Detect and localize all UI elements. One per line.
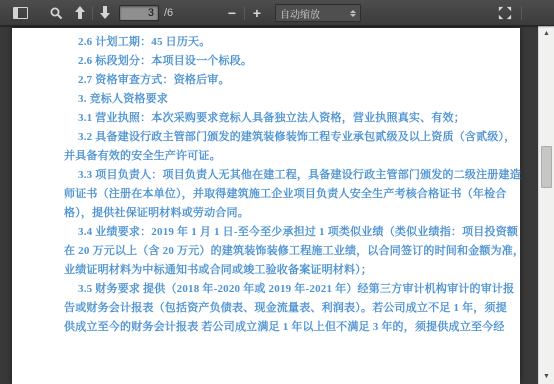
page-count-label: /6 xyxy=(164,7,173,19)
arrow-down-icon xyxy=(99,6,111,19)
zoom-scale-select[interactable]: 自动缩放 xyxy=(275,4,361,22)
document-text-line: 3. 竞标人资格要求 xyxy=(64,90,496,109)
toolbar-separator xyxy=(244,6,245,20)
fullscreen-icon xyxy=(498,6,512,20)
document-text-line: 格），提供社保证明材料或劳动合同。 xyxy=(64,204,496,223)
document-text-line: 2.6 计划工期：45 日历天。 xyxy=(64,33,496,52)
toolbar-separator xyxy=(521,6,522,20)
toolbar: /6 − + 自动缩放 xyxy=(0,0,554,26)
search-icon xyxy=(49,6,63,20)
select-spinner-icon xyxy=(350,10,356,17)
sidebar-toggle-button[interactable] xyxy=(10,3,30,23)
previous-page-button[interactable] xyxy=(70,3,90,23)
document-text-line: 供成立至今的财务会计报表 若公司成立满足 1 年以上但不满足 3 年的，须提供成… xyxy=(64,318,496,337)
viewer-container: 2.6 计划工期：45 日历天。2.6 标段划分：本项目设一个标段。2.7 资格… xyxy=(0,26,554,384)
zoom-scale-value: 自动缩放 xyxy=(280,6,347,21)
scrollbar-track[interactable] xyxy=(539,41,554,369)
document-text-line: 2.7 资格审查方式：资格后审。 xyxy=(64,71,496,90)
document-text-line: 告或财务会计报表（包括资产负债表、现金流量表、利润表）。若公司成立不足 1 年，… xyxy=(64,299,496,318)
zoom-out-button[interactable]: − xyxy=(222,3,242,23)
document-text-line: 3.4 业绩要求：2019 年 1 月 1 日-至今至少承担过 1 项类似业绩（… xyxy=(64,223,496,242)
presentation-mode-button[interactable] xyxy=(495,3,515,23)
zoom-in-button[interactable]: + xyxy=(247,3,267,23)
document-text-line: 3.5 财务要求 提供（2018 年-2020 年或 2019 年-2021 年… xyxy=(64,280,496,299)
vertical-scrollbar[interactable]: ▲ ▼ xyxy=(538,26,554,384)
document-text-line: 2.6 标段划分：本项目设一个标段。 xyxy=(64,52,496,71)
pdf-viewer: /6 − + 自动缩放 xyxy=(0,0,554,384)
page-number-input[interactable] xyxy=(119,5,159,21)
document-text-line: 业绩证明材料为中标通知书或合同或竣工验收备案证明材料）； xyxy=(64,261,496,280)
next-page-button[interactable] xyxy=(95,3,115,23)
document-text-line: 师证书（注册在本单位），并取得建筑施工企业项目负责人安全生产考核合格证书（年检合 xyxy=(64,185,496,204)
document-text-line: 3.3 项目负责人：项目负责人无其他在建工程，具备建设行政主管部门颁发的二级注册… xyxy=(64,166,496,185)
toolbar-separator xyxy=(92,6,93,20)
document-text-line: 3.2 具备建设行政主管部门颁发的建筑装修装饰工程专业承包贰级及以上资质（含贰级… xyxy=(64,128,496,147)
document-text-line: 在 20 万元以上（含 20 万元）的建筑装饰装修工程施工业绩，以合同签订的时间… xyxy=(64,242,496,261)
zoom-out-glyph: − xyxy=(228,6,236,20)
arrow-up-icon xyxy=(74,6,86,19)
zoom-in-glyph: + xyxy=(253,6,261,20)
document-text-line: 3.1 营业执照：本次采购要求竞标人具备独立法人资格，营业执照真实、有效； xyxy=(64,109,496,128)
scroll-up-button[interactable]: ▲ xyxy=(539,26,554,41)
scrollbar-thumb[interactable] xyxy=(541,146,552,188)
sidebar-icon xyxy=(13,7,28,19)
pdf-page: 2.6 计划工期：45 日历天。2.6 标段划分：本项目设一个标段。2.7 资格… xyxy=(12,28,520,384)
scroll-down-button[interactable]: ▼ xyxy=(539,369,554,384)
search-button[interactable] xyxy=(46,3,66,23)
document-text-line: 并具备有效的安全生产许可证。 xyxy=(64,147,496,166)
page-text: 2.6 计划工期：45 日历天。2.6 标段划分：本项目设一个标段。2.7 资格… xyxy=(64,33,496,337)
